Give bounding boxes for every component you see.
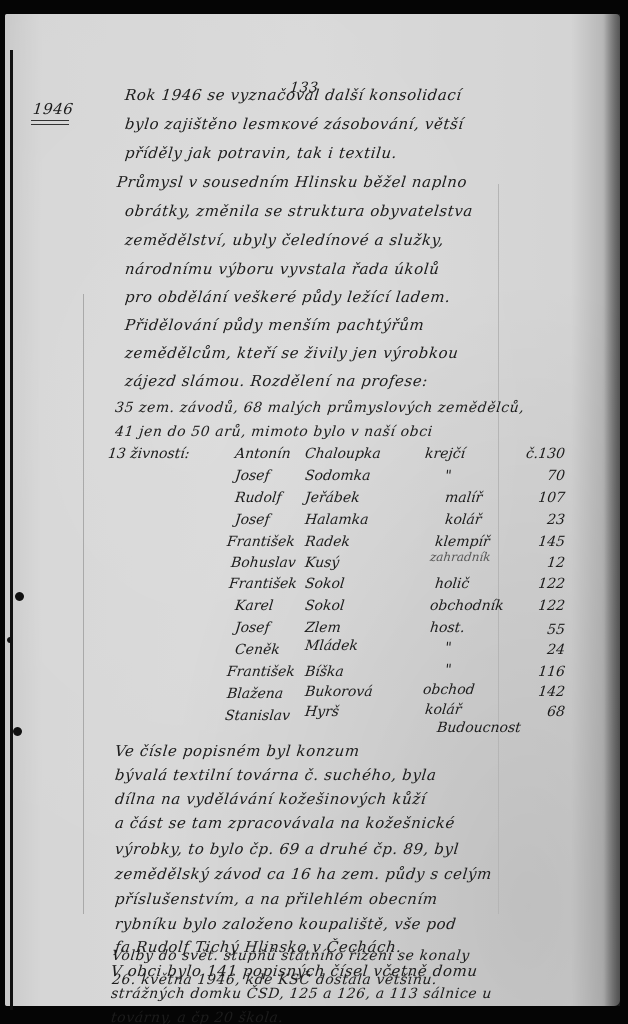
text-line: příděly jak potravin, tak i textilu. <box>124 144 398 162</box>
trade-profession: krejčí <box>424 446 466 462</box>
trade-profession: kolář <box>444 512 482 528</box>
trade-last-name: Bukorová <box>304 684 373 700</box>
trade-profession: " <box>444 468 452 484</box>
text-line: obrátky, změnila se struktura obyvatelst… <box>124 202 474 220</box>
trade-first-name: František <box>226 664 296 680</box>
trade-house-number: 142 <box>524 684 566 700</box>
trade-last-name: Bíška <box>304 664 344 680</box>
trade-first-name: Rudolf <box>234 490 282 506</box>
trade-house-number: 55 <box>524 622 566 638</box>
trade-last-name: Halamka <box>304 512 369 528</box>
trade-first-name: František <box>226 534 296 550</box>
text-line: zájezd slámou. Rozdělení na profese: <box>124 372 429 390</box>
trade-first-name: Karel <box>234 598 274 614</box>
trade-profession: obchodník <box>429 598 504 614</box>
trade-house-number: 12 <box>524 555 566 571</box>
text-line: bylo zajištěno lesткové zásobování, větš… <box>124 115 465 133</box>
text-line: Ve čísle popisném byl konzum <box>114 742 361 760</box>
trade-profession: klempíř <box>434 534 490 550</box>
text-line: dílna na vydělávání kožešinových kůží <box>114 790 427 808</box>
year-underline <box>31 124 69 125</box>
trade-house-number: 116 <box>524 664 566 680</box>
trade-last-name: Mládek <box>304 638 359 654</box>
text-line: 35 zem. závodů, 68 malých průmyslových z… <box>114 400 525 416</box>
text-line: Rok 1946 se vyznačoval další konsolidací <box>124 86 463 104</box>
page-binding-edge <box>10 50 13 1010</box>
binding-hole-icon <box>13 727 22 736</box>
trade-last-name: Chaloupka <box>304 446 381 462</box>
trade-profession: host. <box>429 620 465 636</box>
margin-year-note: 1946 <box>32 100 74 118</box>
trade-first-name: Josef <box>234 512 270 528</box>
text-line: 26. května 1946, kde KSČ dostala většinu… <box>111 972 438 988</box>
trade-house-number: 107 <box>524 490 566 506</box>
trade-first-name: Josef <box>234 468 270 484</box>
trade-first-name: Blažena <box>226 686 284 702</box>
text-line: zemědělský závod ca 16 ha zem. půdy s ce… <box>114 865 493 883</box>
text-line: pro obdělání veškeré půdy ležící ladem. <box>124 288 451 306</box>
trade-first-name: Antonín <box>234 446 291 462</box>
text-line: Volby do svět. stupňů státního řízení se… <box>111 948 470 964</box>
text-line: národnímu výboru vyvstala řada úkolů <box>124 260 440 278</box>
year-underline <box>31 120 69 121</box>
text-line: zemědělství, ubyly čeledínové a služky, <box>124 231 445 249</box>
margin-rule <box>83 294 84 914</box>
text-line: výrobky, to bylo čp. 69 a druhé čp. 89, … <box>114 840 460 858</box>
trade-first-name: Josef <box>234 620 270 636</box>
text-line: příslušenstvím, a na přilehlém obecním <box>114 890 439 908</box>
text-line: zemědělcům, kteří se živily jen výrobkou <box>124 344 459 362</box>
text-line: Přidělování půdy menším pachtýřům <box>124 316 425 334</box>
trade-house-number: 145 <box>524 534 566 550</box>
trade-last-name: Zlem <box>304 620 341 636</box>
text-line: rybníku bylo založeno koupaliště, vše po… <box>114 915 457 933</box>
trade-house-number: 122 <box>524 576 566 592</box>
trade-last-name: Sokol <box>304 598 345 614</box>
trade-first-name: Bohuslav <box>230 555 296 571</box>
number-column-rule <box>498 184 499 914</box>
trade-profession: kolář <box>424 702 462 718</box>
text-line: 41 jen do 50 arů, mimoto bylo v naší obc… <box>114 424 433 440</box>
trade-last-name: Sodomka <box>304 468 371 484</box>
trade-profession: holič <box>434 576 470 592</box>
trade-house-number: 23 <box>524 512 566 528</box>
binding-hole-icon <box>7 637 13 643</box>
trade-profession: " <box>444 662 452 678</box>
text-line: strážných domku ČSD, 125 a 126, a 113 sá… <box>110 986 493 1002</box>
trade-house-number: 122 <box>524 598 566 614</box>
trade-profession: malíř <box>444 490 483 506</box>
trade-first-name: Ceněk <box>234 642 280 658</box>
trades-trailing-word: Budoucnost <box>436 720 521 736</box>
text-line: továrny, a čp 20 škola. <box>110 1010 284 1024</box>
page-gutter-shadow <box>604 14 620 1006</box>
trade-first-name: Stanislav <box>224 708 291 724</box>
text-line: bývalá textilní továrna č. suchého, byla <box>114 766 437 784</box>
trade-profession: " <box>444 640 452 656</box>
text-line: a část se tam zpracovávala na kožešnické <box>114 814 456 832</box>
trade-last-name: Radek <box>304 534 351 550</box>
trade-first-name: František <box>228 576 298 592</box>
trades-label: 13 živností: <box>107 446 190 462</box>
text-line: Průmysl v sousedním Hlinsku běžel naplno <box>116 173 468 191</box>
trade-house-number: 70 <box>524 468 566 484</box>
trade-last-name: Sokol <box>304 576 345 592</box>
binding-hole-icon <box>15 592 24 601</box>
trade-last-name: Jeřábek <box>304 490 360 506</box>
trade-last-name: Kusý <box>304 555 340 571</box>
trade-house-number: 24 <box>524 642 566 658</box>
trade-profession: obchod <box>422 682 475 698</box>
trade-last-name: Hyrš <box>304 704 340 720</box>
trade-house-number: č.130 <box>524 446 566 462</box>
trade-house-number: 68 <box>524 704 566 720</box>
trade-profession: zahradník <box>429 550 491 564</box>
ledger-page: 133 1946 Rok 1946 se vyznačoval další ko… <box>5 14 620 1006</box>
